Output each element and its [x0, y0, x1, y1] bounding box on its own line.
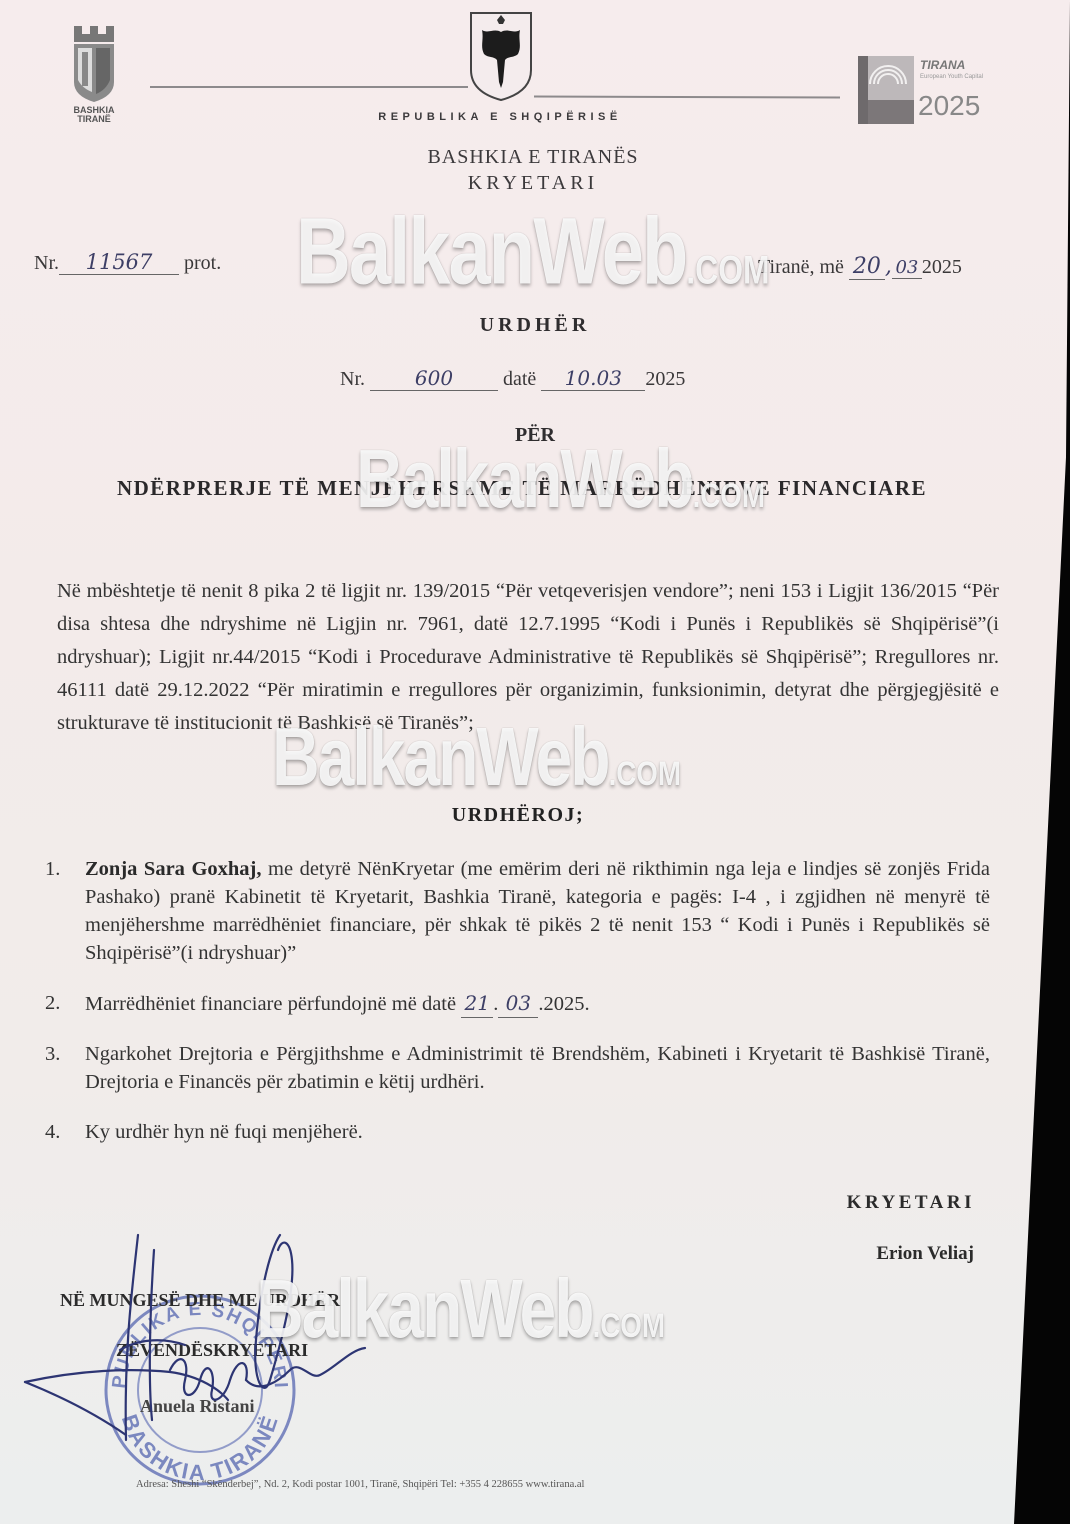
- item-number: 1.: [45, 855, 60, 883]
- place-date-day: 20: [849, 254, 885, 280]
- header-rule-right: [534, 95, 840, 98]
- protocol-nr-field: 11567: [59, 250, 179, 275]
- end-date-month-field: 03: [498, 989, 538, 1018]
- document-page: BASHKIA TIRANË REPUBLIKA E SHQIPËRISË BA…: [0, 0, 1070, 1524]
- protocol-prot-label: prot.: [184, 252, 221, 274]
- watermark: BalkanWeb.COM: [296, 197, 770, 306]
- protocol-nr-label: Nr.: [34, 252, 59, 274]
- mayor-title: KRYETARI: [847, 1192, 975, 1214]
- item-number: 4.: [45, 1118, 60, 1146]
- tirana-2025-title: TIRANA: [920, 58, 965, 72]
- order-item: 1. Zonja Sara Goxhaj, me detyrë NënKryet…: [45, 855, 990, 967]
- mayor-name: Erion Veliaj: [876, 1243, 974, 1265]
- tirana-2025-year: 2025: [918, 92, 980, 120]
- legal-basis-paragraph: Në mbështetje të nenit 8 pika 2 të ligji…: [57, 575, 999, 740]
- place-date-label: Tiranë, më: [758, 256, 844, 278]
- bashkia-tirane-logo-icon: [70, 26, 118, 102]
- order-year: 2025: [645, 368, 685, 390]
- order-for-label: PËR: [0, 424, 1070, 447]
- order-number-row: Nr. 600 datë 10.032025: [340, 366, 685, 391]
- order-item: 3. Ngarkohet Drejtoria e Përgjithshme e …: [45, 1040, 990, 1096]
- institution-heading: BASHKIA E TIRANËS: [0, 146, 1066, 169]
- item-number: 2.: [45, 989, 60, 1017]
- item-number: 3.: [45, 1040, 60, 1068]
- decree-heading: URDHËROJ;: [0, 804, 1036, 827]
- item-text: Marrëdhëniet financiare përfundojnë më d…: [85, 993, 461, 1015]
- republic-heading: REPUBLIKA E SHQIPËRISË: [0, 111, 1000, 123]
- header-rule-left: [150, 86, 468, 88]
- coat-of-arms-icon: [468, 10, 534, 102]
- order-items-list: 1. Zonja Sara Goxhaj, me detyrë NënKryet…: [45, 855, 990, 1162]
- order-date-field: 10.03: [541, 366, 645, 391]
- order-item: 4. Ky urdhër hyn në fuqi menjëherë.: [45, 1118, 990, 1146]
- office-heading: KRYETARI: [0, 172, 1066, 195]
- place-date-row: Tiranë, më 20,032025: [758, 254, 962, 280]
- item-text: Ngarkohet Drejtoria e Përgjithshme e Adm…: [85, 1043, 990, 1093]
- order-nr-label: Nr.: [340, 368, 365, 390]
- order-title: URDHËR: [0, 314, 1070, 337]
- item-text-suffix: .2025.: [538, 993, 589, 1015]
- item-text: Ky urdhër hyn në fuqi menjëherë.: [85, 1121, 363, 1143]
- order-item: 2. Marrëdhëniet financiare përfundojnë m…: [45, 989, 990, 1018]
- order-date-label: datë: [503, 368, 536, 390]
- item-person-name: Zonja Sara Goxhaj,: [85, 858, 262, 880]
- footer-address: Adresa: Sheshi “Skënderbej”, Nd. 2, Kodi…: [136, 1479, 584, 1490]
- place-date-month: 03: [892, 257, 922, 279]
- protocol-number-row: Nr.11567 prot.: [34, 250, 221, 275]
- photo-dark-edge: [990, 0, 1070, 1524]
- handwritten-signature-icon: [20, 1230, 390, 1450]
- order-subject: NDËRPRERJE TË MENJËHERSHME TË MARRËDHËNI…: [0, 476, 1044, 501]
- order-nr-field: 600: [370, 366, 498, 391]
- tirana-2025-subtitle: European Youth Capital: [920, 74, 1010, 81]
- tirana-2025-logo-icon: [858, 56, 914, 124]
- end-date-day-field: 21: [461, 989, 493, 1018]
- place-date-year: 2025: [922, 256, 962, 278]
